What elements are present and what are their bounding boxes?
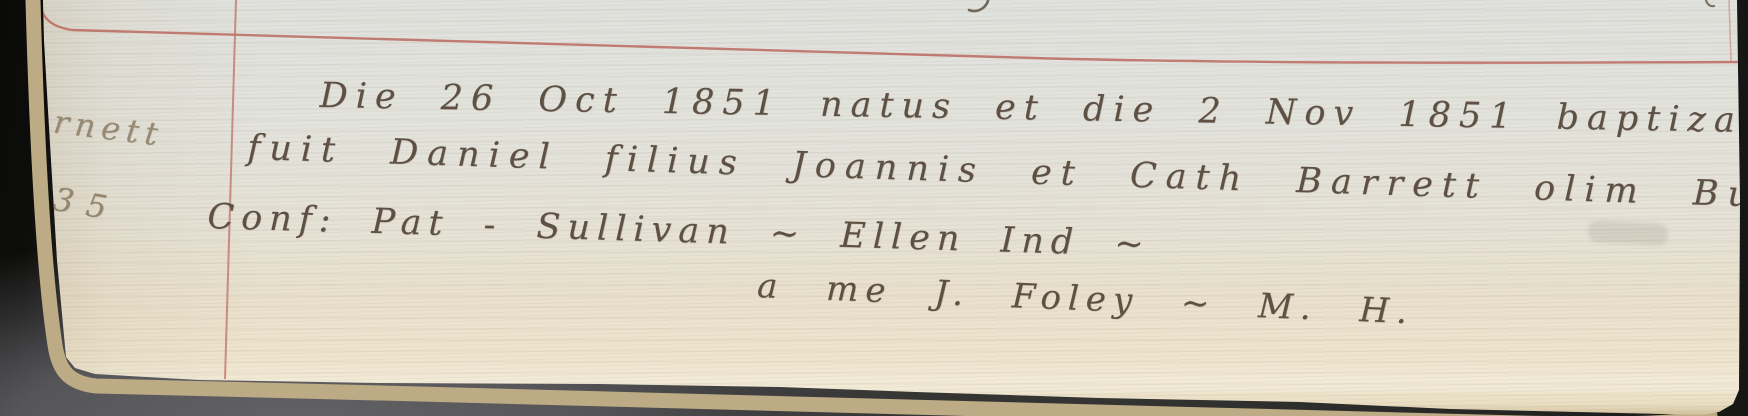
celebrant-signature: a me J. Foley ~ M. H. bbox=[756, 266, 1414, 332]
handwriting-layer: Barnett 635 Die 26 Oct 1851 natus et die… bbox=[0, 0, 1748, 416]
register-scan: Barnett 635 Die 26 Oct 1851 natus et die… bbox=[0, 0, 1748, 416]
ink-offset-smudge bbox=[1587, 220, 1668, 246]
entry-line-3: Conf: Pat - Sullivan ~ Ellen Ind ~ bbox=[207, 197, 1151, 265]
entry-line-1: Die 26 Oct 1851 natus et die 2 Nov 1851 … bbox=[319, 76, 1748, 142]
